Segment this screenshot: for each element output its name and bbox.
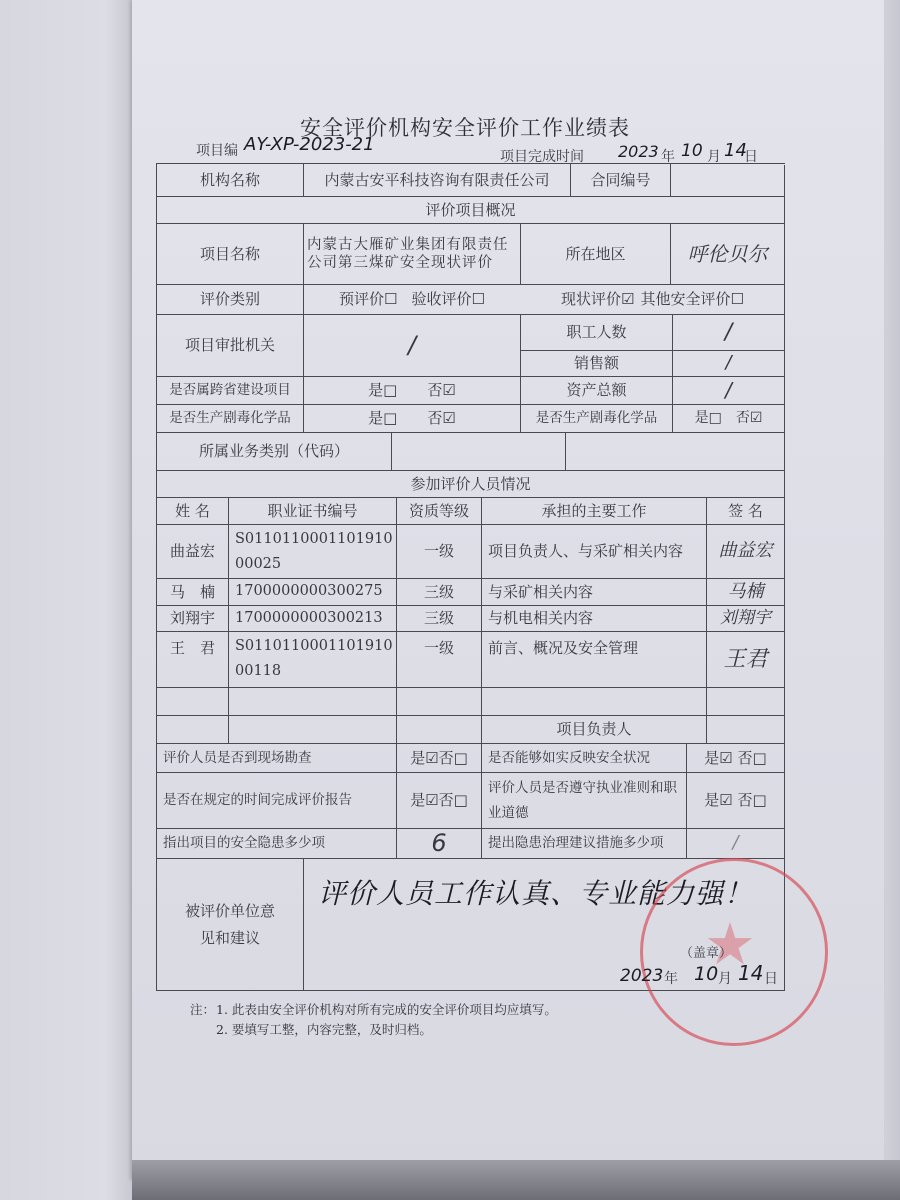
category-options-right: 现状评价☑ 其他安全评价☐ <box>521 285 784 314</box>
org-name-value: 内蒙古安平科技咨询有限责任公司 <box>304 164 570 196</box>
cross-province-no[interactable]: 否☑ <box>427 380 455 400</box>
feedback-month: 10 <box>694 963 718 985</box>
region-label: 所在地区 <box>521 224 670 284</box>
toxic-chemicals-yes[interactable]: 是□ <box>368 408 397 428</box>
person-signature: 王君 <box>707 632 784 687</box>
person-signature: 马楠 <box>707 579 784 605</box>
employees-value: / <box>673 315 784 350</box>
feedback-day: 14 <box>738 961 763 985</box>
person-certificate: S011011000110191000118 <box>229 632 396 687</box>
feedback-day-char: 日 <box>764 968 778 988</box>
person-certificate: S011011000110191000025 <box>229 525 396 578</box>
project-number-label: 项目编 <box>196 140 238 160</box>
person-work: 前言、概况及安全管理 <box>482 632 706 687</box>
person-name: 马 楠 <box>157 579 228 605</box>
ethics-options[interactable]: 是☑ 否□ <box>687 773 784 828</box>
person-work: 与采矿相关内容 <box>482 579 706 605</box>
toxic-chemicals-no-2[interactable]: 否☑ <box>736 409 763 428</box>
toxic-chemicals-label-2: 是否生产剧毒化学品 <box>521 405 672 432</box>
header-signature: 签 名 <box>707 498 784 524</box>
project-number-value: AY-XP-2023-21 <box>244 134 375 155</box>
category-options-left: 预评价☐ 验收评价☐ <box>304 285 520 314</box>
approval-authority-label: 项目审批机关 <box>157 315 303 376</box>
person-work: 与机电相关内容 <box>482 606 706 631</box>
measures-count-value: / <box>687 829 784 858</box>
note-line-1: 1. 此表由安全评价机构对所有完成的安全评价项目均应填写。 <box>216 1000 557 1018</box>
header-certificate: 职业证书编号 <box>229 498 396 524</box>
feedback-label: 被评价单位意见和建议 <box>180 890 280 960</box>
contract-number-label: 合同编号 <box>571 164 670 196</box>
hazards-count-value: 6 <box>397 829 481 858</box>
personnel-section-title: 参加评价人员情况 <box>157 471 784 497</box>
project-leader-label: 项目负责人 <box>482 716 706 743</box>
person-certificate: 1700000000300213 <box>229 606 396 631</box>
option-acceptance-evaluation[interactable]: 验收评价☐ <box>412 289 485 309</box>
sales-value: / <box>673 351 784 376</box>
business-code-label: 所属业务类别（代码） <box>157 433 391 470</box>
person-level: 三级 <box>397 579 481 605</box>
on-time-options[interactable]: 是☑否□ <box>397 773 481 828</box>
person-level: 一级 <box>397 525 481 578</box>
background-page-left <box>0 0 132 1200</box>
toxic-chemicals-options-2: 是□ 否☑ <box>673 405 784 432</box>
person-name: 曲益宏 <box>157 525 228 578</box>
header-name: 姓 名 <box>157 498 228 524</box>
option-current-status-evaluation[interactable]: 现状评价☑ <box>561 289 634 309</box>
project-name-value: 内蒙古大雁矿业集团有限责任公司第三煤矿安全现状评价 <box>304 224 520 284</box>
category-label: 评价类别 <box>157 285 303 314</box>
region-value: 呼伦贝尔 <box>671 224 784 284</box>
toxic-chemicals-options: 是□ 否☑ <box>304 405 520 432</box>
feedback-year: 2023 <box>620 966 663 986</box>
total-assets-value: / <box>673 377 784 404</box>
cross-province-yes[interactable]: 是□ <box>368 380 397 400</box>
person-name: 王 君 <box>157 632 228 687</box>
site-survey-options[interactable]: 是☑否□ <box>397 744 481 772</box>
on-time-label: 是否在规定的时间完成评价报告 <box>157 773 396 828</box>
header-level: 资质等级 <box>397 498 481 524</box>
ethics-label: 评价人员是否遵守执业准则和职业道德 <box>482 773 686 828</box>
note-line-2: 2. 要填写工整，内容完整，及时归档。 <box>216 1020 432 1038</box>
toxic-chemicals-no[interactable]: 否☑ <box>427 408 455 428</box>
page-edge-shadow <box>132 1160 900 1200</box>
overview-section-title: 评价项目概况 <box>157 197 784 223</box>
header-main-work: 承担的主要工作 <box>482 498 706 524</box>
site-survey-label: 评价人员是否到现场勘查 <box>157 744 396 772</box>
completion-month: 10 <box>681 141 703 161</box>
org-name-label: 机构名称 <box>157 164 303 196</box>
feedback-year-char: 年 <box>664 968 678 988</box>
person-signature: 刘翔宇 <box>707 606 784 631</box>
notes-prefix: 注： <box>190 1000 215 1018</box>
cross-province-options: 是□ 否☑ <box>304 377 520 404</box>
toxic-chemicals-yes-2[interactable]: 是□ <box>695 409 722 428</box>
person-name: 刘翔宇 <box>157 606 228 631</box>
measures-count-label: 提出隐患治理建议措施多少项 <box>482 829 686 858</box>
total-assets-label: 资产总额 <box>521 377 672 404</box>
reflect-status-label: 是否能够如实反映安全状况 <box>482 744 686 772</box>
employees-label: 职工人数 <box>521 315 672 350</box>
sales-label: 销售额 <box>521 351 672 376</box>
feedback-month-char: 月 <box>718 968 732 988</box>
person-level: 一级 <box>397 632 481 687</box>
completion-year: 2023 <box>618 142 659 161</box>
approval-authority-value: / <box>304 315 520 376</box>
person-work: 项目负责人、与采矿相关内容 <box>482 525 706 578</box>
person-certificate: 1700000000300275 <box>229 579 396 605</box>
contract-number-field[interactable] <box>671 164 784 196</box>
toxic-chemicals-label: 是否生产剧毒化学品 <box>157 405 303 432</box>
person-signature: 曲益宏 <box>707 525 784 578</box>
cross-province-label: 是否属跨省建设项目 <box>157 377 303 404</box>
hazards-count-label: 指出项目的安全隐患多少项 <box>157 829 396 858</box>
person-level: 三级 <box>397 606 481 631</box>
seal-label: （盖章） <box>680 942 732 961</box>
option-other-evaluation[interactable]: 其他安全评价☐ <box>641 289 744 309</box>
business-code-field[interactable] <box>392 433 565 470</box>
reflect-status-options[interactable]: 是☑ 否□ <box>687 744 784 772</box>
option-pre-evaluation[interactable]: 预评价☐ <box>339 289 397 309</box>
business-code-extra-field[interactable] <box>566 433 784 470</box>
project-name-label: 项目名称 <box>157 224 303 284</box>
